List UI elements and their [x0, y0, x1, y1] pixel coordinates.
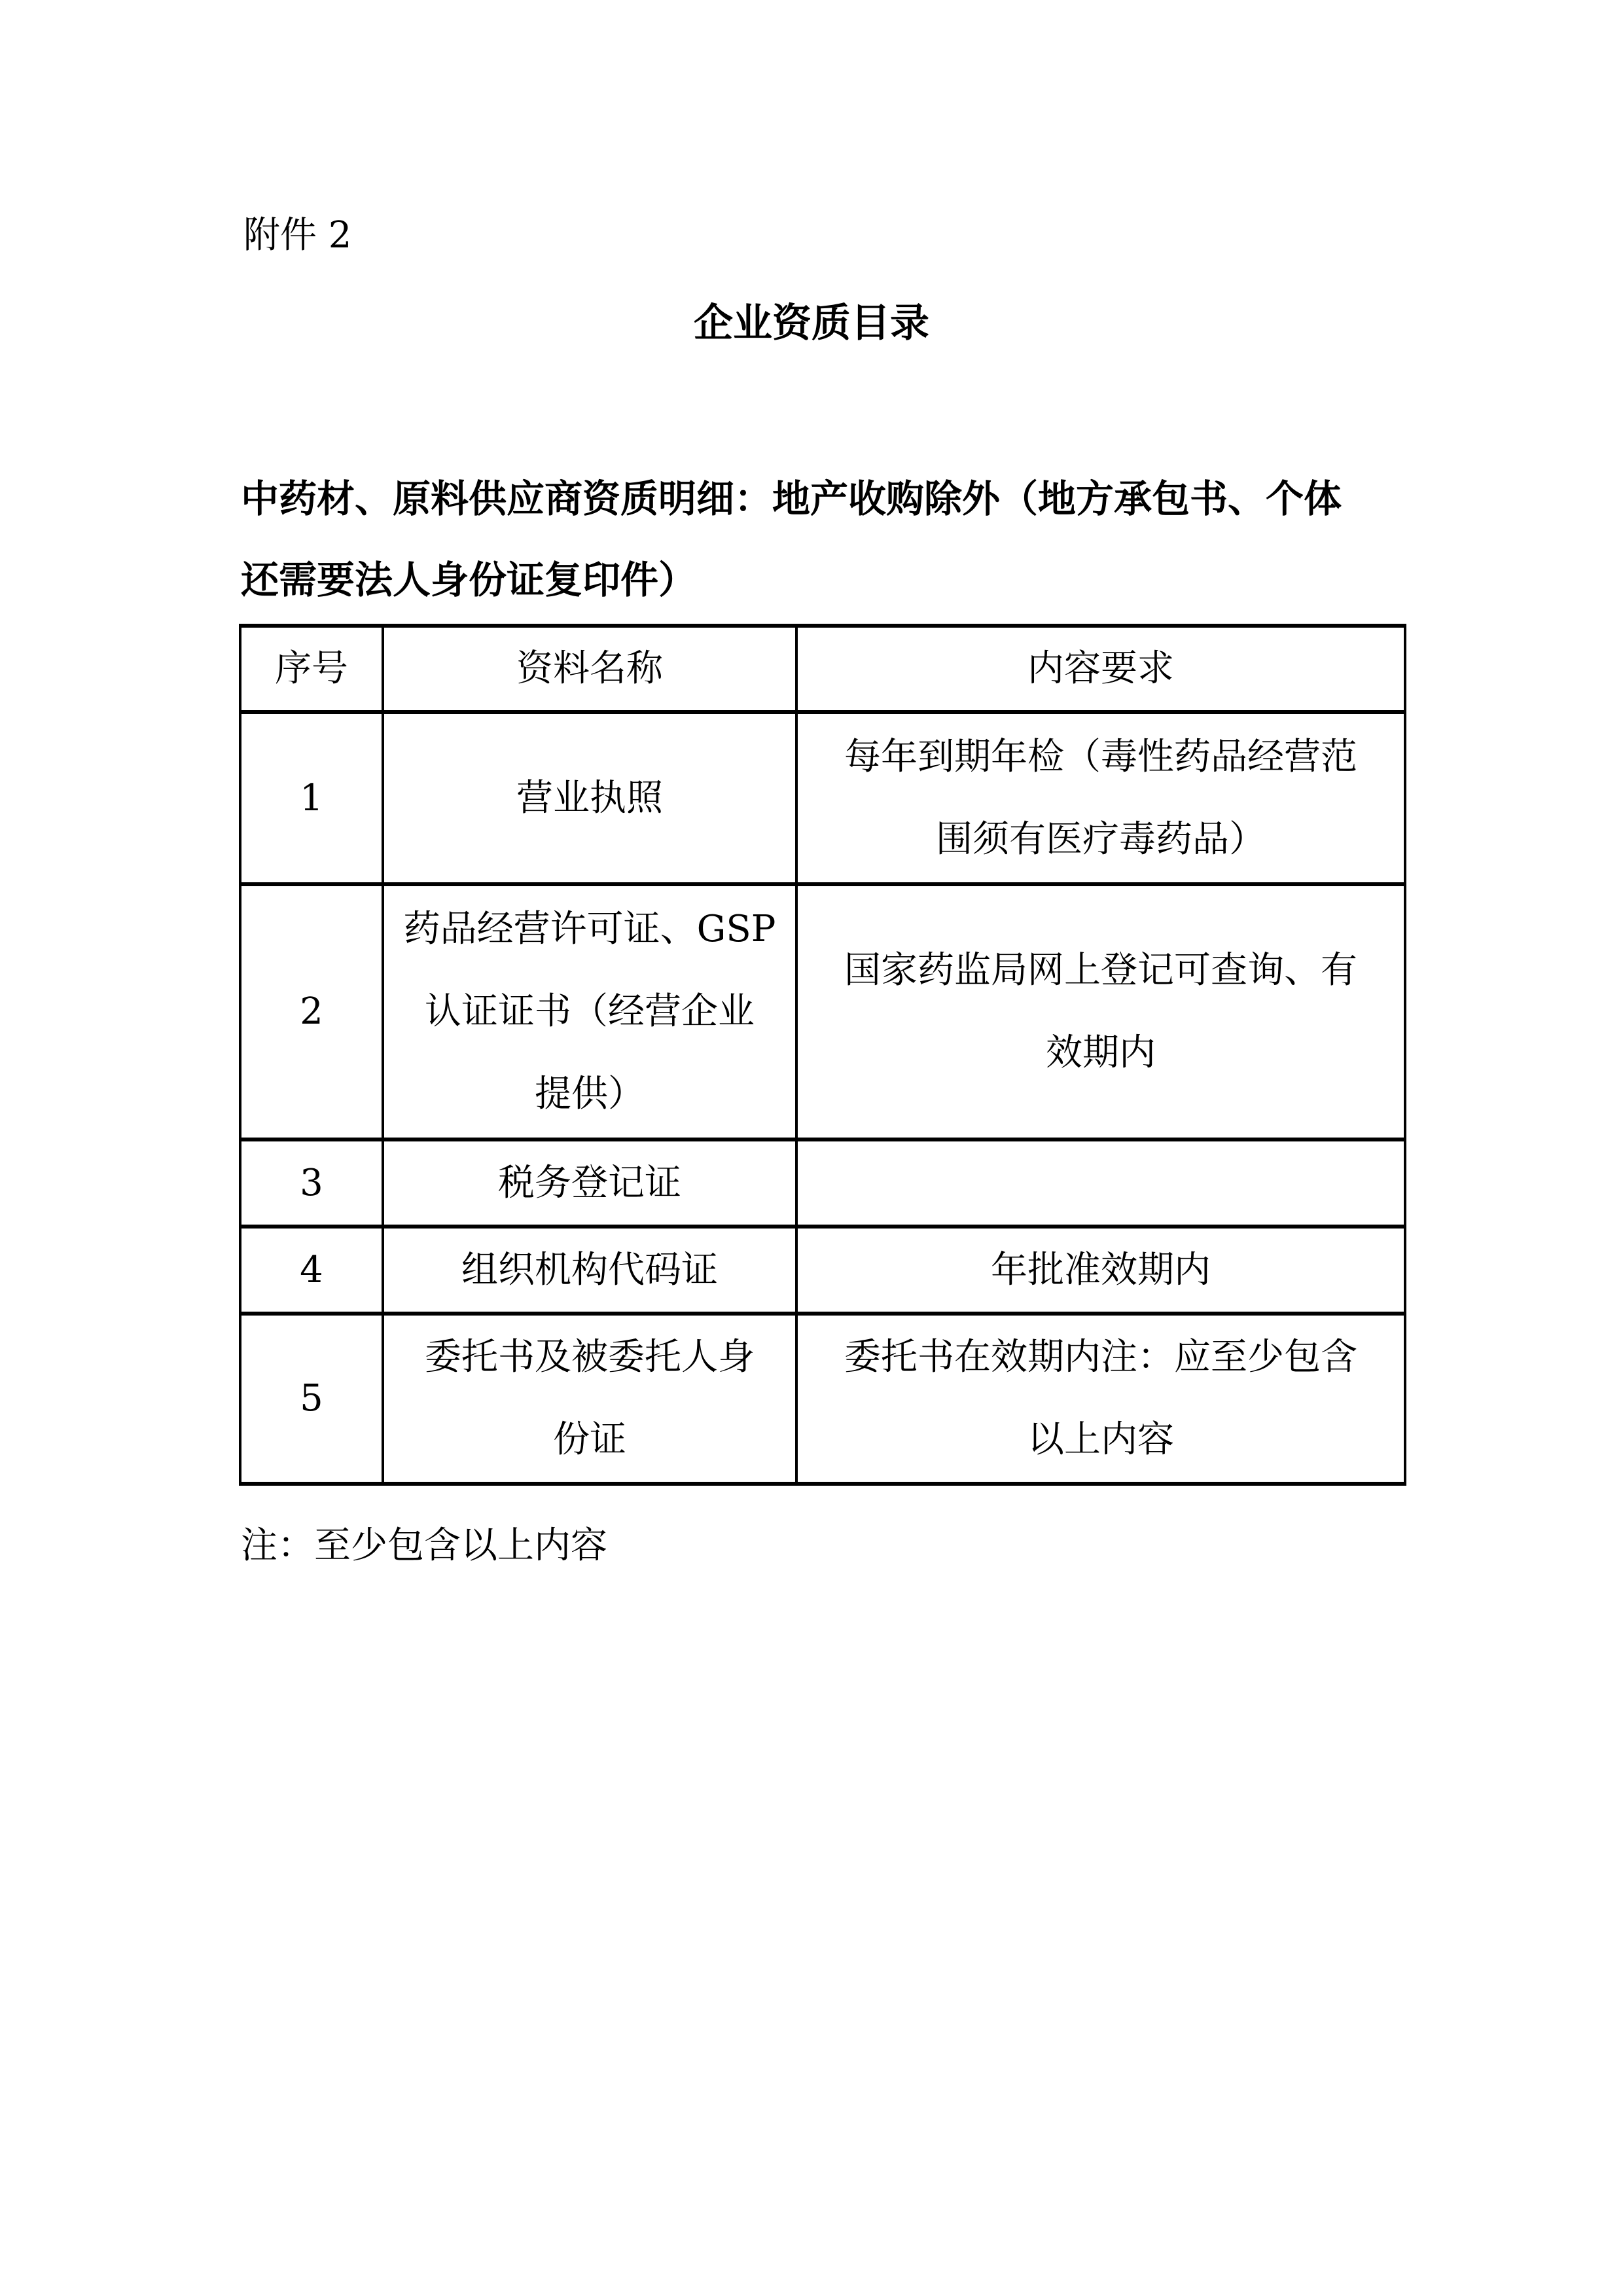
- document-page: 附件 2 企业资质目录 中药材、原料供应商资质明细：地产收购除外（地方承包书、个…: [0, 0, 1623, 2296]
- intro-paragraph: 中药材、原料供应商资质明细：地产收购除外（地方承包书、个体 还需要法人身份证复印…: [241, 458, 1412, 620]
- header-serial-number: 序号: [240, 626, 383, 712]
- table-row: 2 药品经营许可证、GSP 认证证书（经营企业 提供） 国家药监局网上登记可查询…: [240, 884, 1405, 1139]
- cell-content-requirement: 国家药监局网上登记可查询、有 效期内: [796, 884, 1405, 1139]
- table-row: 4 组织机构代码证 年批准效期内: [240, 1227, 1405, 1314]
- cell-content-requirement: 每年到期年检（毒性药品经营范 围须有医疗毒药品）: [796, 712, 1405, 884]
- table-row: 5 委托书及被委托人身 份证 委托书在效期内注：应至少包含 以上内容: [240, 1314, 1405, 1484]
- cell-serial-number: 4: [240, 1227, 383, 1314]
- attachment-label: 附件 2: [243, 216, 351, 255]
- cell-material-name: 营业执照: [383, 712, 796, 884]
- footnote: 注：至少包含以上内容: [241, 1525, 607, 1567]
- page-title: 企业资质目录: [229, 302, 1394, 344]
- cell-material-name: 委托书及被委托人身 份证: [383, 1314, 796, 1484]
- cell-content-requirement: 委托书在效期内注：应至少包含 以上内容: [796, 1314, 1405, 1484]
- cell-material-name: 药品经营许可证、GSP 认证证书（经营企业 提供）: [383, 884, 796, 1139]
- cell-content-requirement: [796, 1139, 1405, 1227]
- table-header-row: 序号 资料名称 内容要求: [240, 626, 1405, 712]
- header-material-name: 资料名称: [383, 626, 796, 712]
- header-content-requirement: 内容要求: [796, 626, 1405, 712]
- table-row: 1 营业执照 每年到期年检（毒性药品经营范 围须有医疗毒药品）: [240, 712, 1405, 884]
- cell-serial-number: 1: [240, 712, 383, 884]
- cell-material-name: 税务登记证: [383, 1139, 796, 1227]
- qualification-table: 序号 资料名称 内容要求 1 营业执照 每年到期年检（毒性药品经营范 围须有医疗…: [239, 624, 1406, 1486]
- cell-material-name: 组织机构代码证: [383, 1227, 796, 1314]
- table-row: 3 税务登记证: [240, 1139, 1405, 1227]
- cell-serial-number: 5: [240, 1314, 383, 1484]
- cell-content-requirement: 年批准效期内: [796, 1227, 1405, 1314]
- cell-serial-number: 2: [240, 884, 383, 1139]
- cell-serial-number: 3: [240, 1139, 383, 1227]
